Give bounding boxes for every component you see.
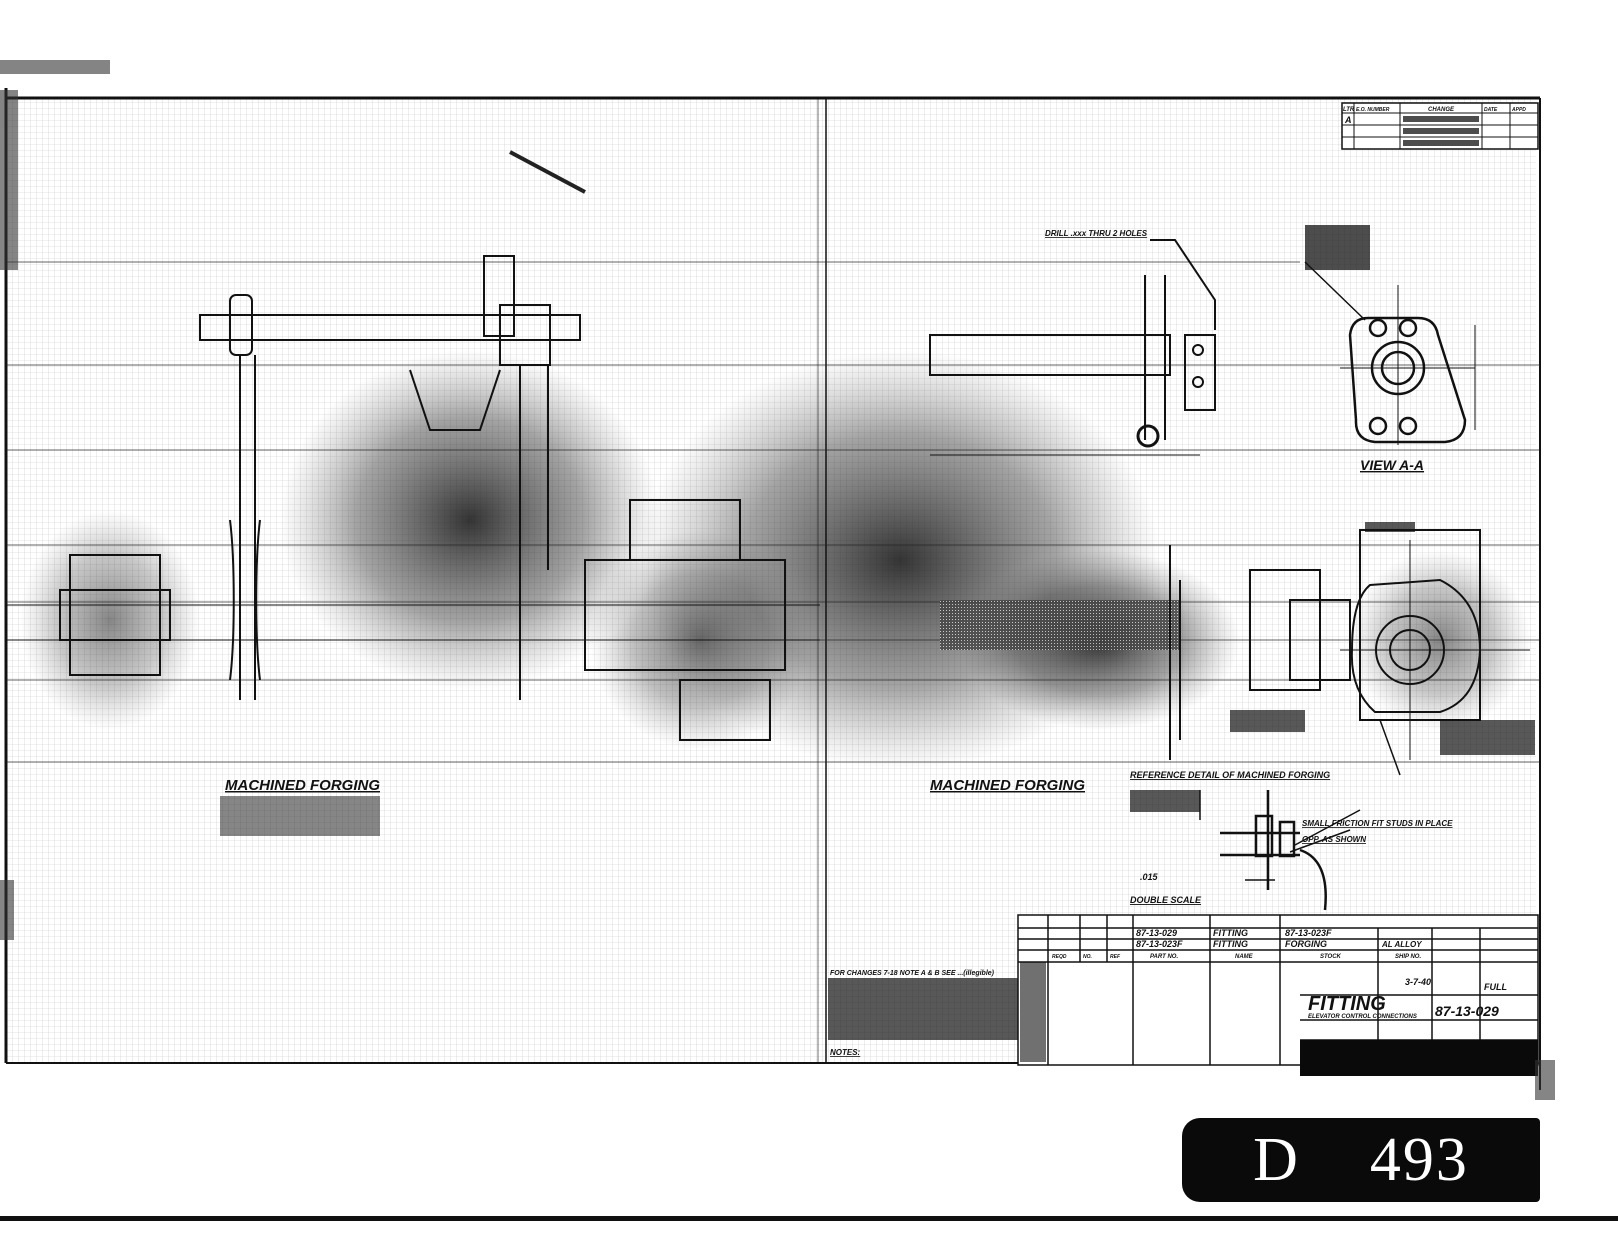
engineering-drawing: MACHINED FORGING MACHINED FORGING VIEW A… <box>0 0 1618 1260</box>
stock-2: FORGING <box>1285 939 1327 949</box>
svg-text:REF: REF <box>1110 954 1121 960</box>
drawing-number: 87-13-029 <box>1435 1003 1499 1019</box>
drawing-title: FITTING <box>1308 993 1386 1015</box>
left-view-label: MACHINED FORGING <box>225 777 380 794</box>
svg-text:NO.: NO. <box>1083 954 1092 960</box>
opp-callout: OPP. AS SHOWN <box>1302 835 1366 844</box>
revision-block: LTR E.O. NUMBER CHANGE DATE APPD A <box>1342 103 1538 149</box>
svg-text:DATE: DATE <box>1484 107 1498 113</box>
page-bottom-rule <box>0 1216 1618 1221</box>
sheet-id-plate: D 493 <box>1182 1118 1540 1202</box>
svg-text:STOCK: STOCK <box>1320 954 1342 960</box>
material: AL ALLOY <box>1381 940 1422 949</box>
section-label: VIEW A-A <box>1360 457 1424 473</box>
svg-text:A: A <box>1344 115 1352 125</box>
sheet-letter: D <box>1253 1125 1300 1196</box>
svg-text:LTR: LTR <box>1343 107 1355 113</box>
date-value: 3-7-40 <box>1405 977 1431 987</box>
detail-label: REFERENCE DETAIL OF MACHINED FORGING <box>1130 770 1330 780</box>
part-no-2: 87-13-023F <box>1136 939 1183 949</box>
part-name-2: FITTING <box>1213 939 1248 949</box>
dim-015: .015 <box>1140 872 1159 882</box>
drill-callout: DRILL .xxx THRU 2 HOLES <box>1045 229 1148 238</box>
svg-text:NOTES:: NOTES: <box>830 1048 861 1057</box>
fit-callout: SMALL FRICTION FIT STUDS IN PLACE <box>1302 819 1453 828</box>
drawing-subtitle: ELEVATOR CONTROL CONNECTIONS <box>1308 1014 1417 1020</box>
svg-text:APPD: APPD <box>1511 107 1526 113</box>
svg-text:FOR CHANGES 7-18 NOTE A & B SE: FOR CHANGES 7-18 NOTE A & B SEE ...(ille… <box>830 970 995 977</box>
scale-note: DOUBLE SCALE <box>1130 895 1202 905</box>
svg-text:SHIP NO.: SHIP NO. <box>1395 954 1421 960</box>
svg-text:REQD: REQD <box>1052 954 1067 960</box>
right-view-label: MACHINED FORGING <box>930 777 1085 794</box>
svg-text:E.O. NUMBER: E.O. NUMBER <box>1356 107 1390 113</box>
part-no-1: 87-13-029 <box>1136 928 1177 938</box>
part-name-1: FITTING <box>1213 928 1248 938</box>
scale-value: FULL <box>1484 982 1507 992</box>
stock-1: 87-13-023F <box>1285 928 1332 938</box>
svg-text:CHANGE: CHANGE <box>1428 107 1455 113</box>
svg-text:PART NO.: PART NO. <box>1150 954 1178 960</box>
svg-text:NAME: NAME <box>1235 954 1254 960</box>
sheet-number: 493 <box>1370 1125 1469 1196</box>
